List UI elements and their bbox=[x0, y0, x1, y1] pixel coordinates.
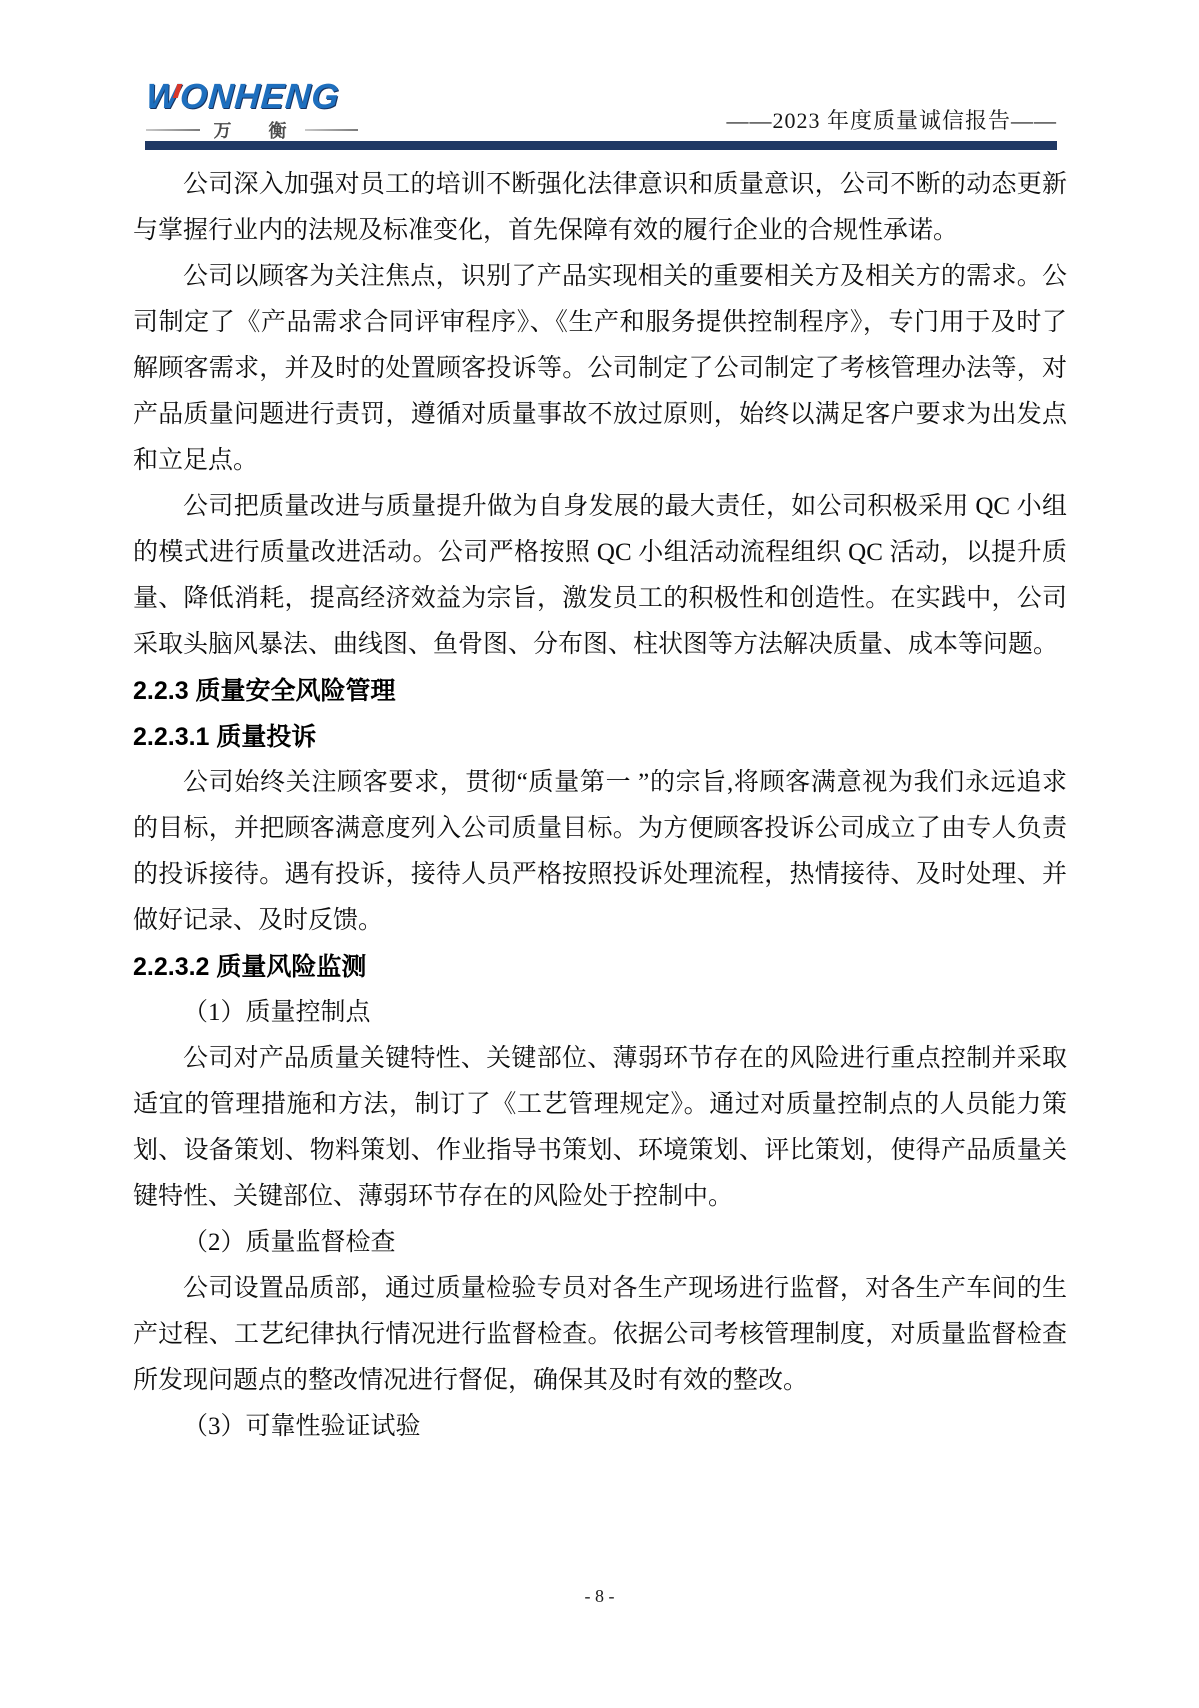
paragraph: 公司把质量改进与质量提升做为自身发展的最大责任，如公司积极采用 QC 小组的模式… bbox=[133, 484, 1067, 668]
page-number: - 8 - bbox=[585, 1586, 615, 1606]
document-page: WONHENG 万 衡 ——2023 年度质量诚信报告—— 公司深入加强对员工的… bbox=[0, 0, 1199, 1708]
paragraph: （3）可靠性验证试验 bbox=[133, 1404, 1067, 1450]
paragraph: 公司对产品质量关键特性、关键部位、薄弱环节存在的风险进行重点控制并采取适宜的管理… bbox=[133, 1036, 1067, 1220]
paragraph: 公司深入加强对员工的培训不断强化法律意识和质量意识，公司不断的动态更新与掌握行业… bbox=[133, 162, 1067, 254]
paragraph: 公司以顾客为关注焦点，识别了产品实现相关的重要相关方及相关方的需求。公司制定了《… bbox=[133, 254, 1067, 484]
header-divider-bar bbox=[145, 141, 1057, 150]
logo-rule-left bbox=[146, 129, 200, 131]
paragraph: 公司始终关注顾客要求，贯彻“质量第一 ”的宗旨,将顾客满意视为我们永远追求的目标… bbox=[133, 760, 1067, 944]
logo-rule-right bbox=[305, 129, 359, 131]
company-logo: WONHENG 万 衡 bbox=[146, 80, 358, 143]
section-heading: 2.2.3.1 质量投诉 bbox=[133, 714, 1067, 760]
logo-subtitle-row: 万 衡 bbox=[146, 117, 358, 143]
header-report-title: ——2023 年度质量诚信报告—— bbox=[726, 108, 1057, 134]
section-heading: 2.2.3.2 质量风险监测 bbox=[133, 944, 1067, 990]
document-body: 公司深入加强对员工的培训不断强化法律意识和质量意识，公司不断的动态更新与掌握行业… bbox=[133, 162, 1067, 1450]
page-footer: - 8 - bbox=[0, 1586, 1199, 1607]
paragraph: 公司设置品质部，通过质量检验专员对各生产现场进行监督，对各生产车间的生产过程、工… bbox=[133, 1266, 1067, 1404]
logo-subtitle-text: 万 衡 bbox=[200, 117, 305, 143]
paragraph: （2）质量监督检查 bbox=[133, 1220, 1067, 1266]
section-heading: 2.2.3 质量安全风险管理 bbox=[133, 668, 1067, 714]
paragraph: （1）质量控制点 bbox=[133, 990, 1067, 1036]
